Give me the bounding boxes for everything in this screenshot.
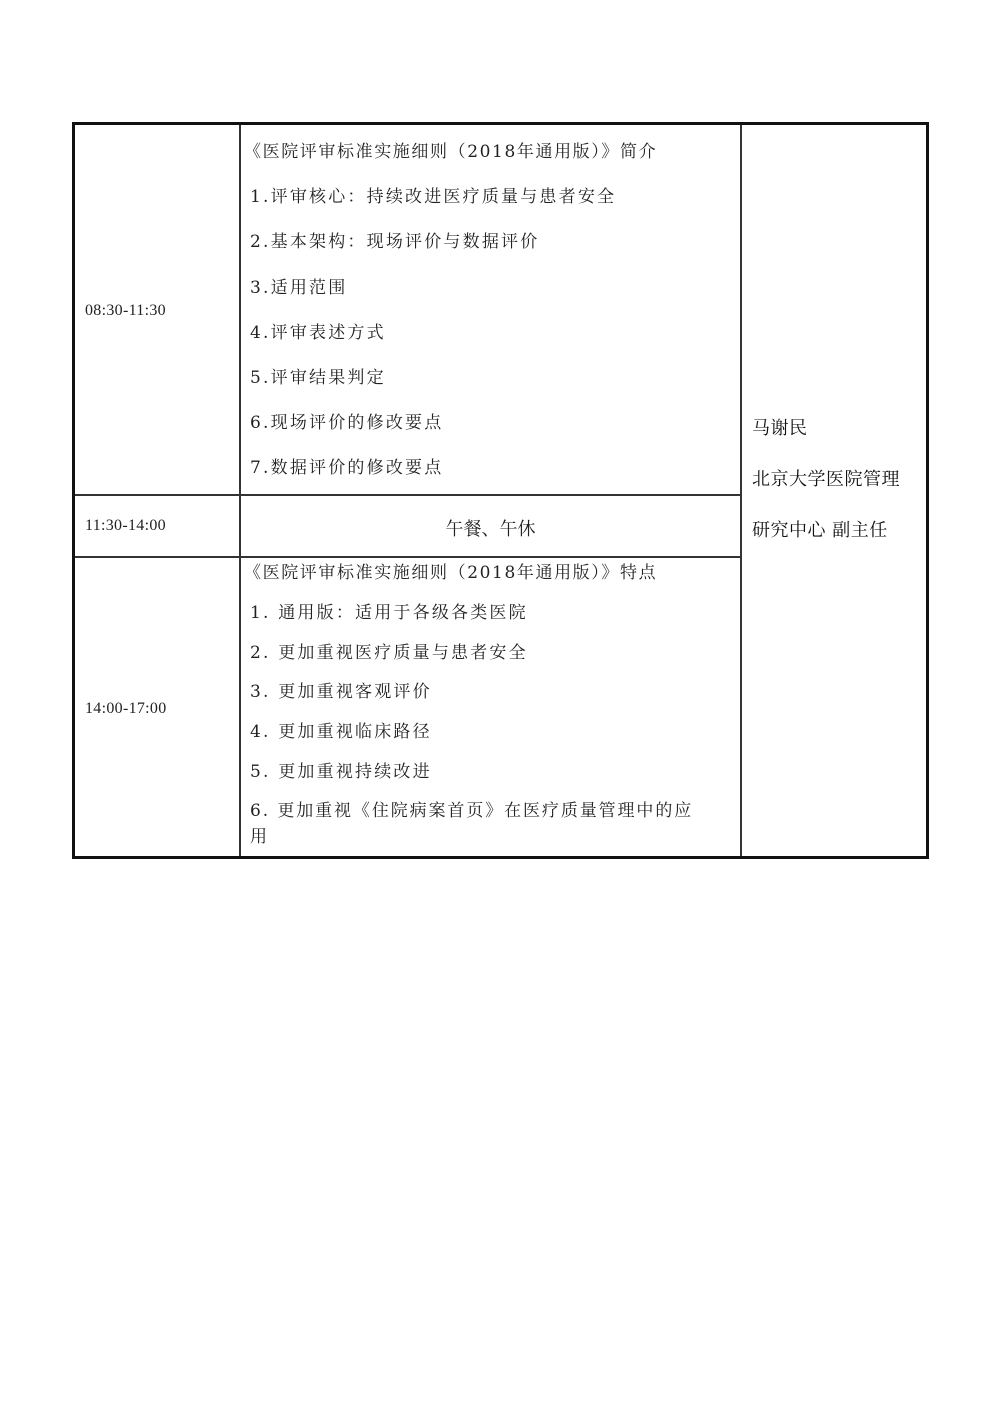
afternoon-item-wrap: 用 [250, 822, 269, 847]
morning-item: 7.数据评价的修改要点 [250, 453, 443, 478]
speaker-affiliation-line2: 研究中心 副主任 [752, 516, 888, 542]
afternoon-content-cell: 《医院评审标准实施细则（2018年通用版）》特点 1. 通用版：适用于各级各类医… [241, 558, 740, 856]
afternoon-title: 《医院评审标准实施细则（2018年通用版）》特点 [244, 558, 657, 583]
morning-time: 08:30-11:30 [85, 302, 166, 320]
morning-item: 3.适用范围 [250, 273, 347, 298]
morning-content-cell: 《医院评审标准实施细则（2018年通用版）》简介 1.评审核心：持续改进医疗质量… [241, 125, 740, 494]
afternoon-item: 3. 更加重视客观评价 [250, 677, 432, 702]
schedule-table: 08:30-11:30 《医院评审标准实施细则（2018年通用版）》简介 1.评… [72, 122, 929, 859]
speaker-name: 马谢民 [752, 414, 808, 440]
morning-item: 1.评审核心：持续改进医疗质量与患者安全 [250, 182, 616, 207]
afternoon-item: 5. 更加重视持续改进 [250, 757, 432, 782]
afternoon-item: 2. 更加重视医疗质量与患者安全 [250, 638, 528, 663]
afternoon-item: 4. 更加重视临床路径 [250, 717, 432, 742]
morning-item: 4.评审表述方式 [250, 318, 386, 343]
morning-time-cell: 08:30-11:30 [75, 125, 239, 494]
lunch-content-cell: 午餐、午休 [241, 496, 740, 556]
afternoon-item: 6. 更加重视《住院病案首页》在医疗质量管理中的应 [250, 796, 693, 821]
afternoon-time: 14:00-17:00 [85, 700, 167, 718]
afternoon-time-cell: 14:00-17:00 [75, 558, 239, 856]
speaker-affiliation-line1: 北京大学医院管理 [752, 465, 900, 491]
lunch-time: 11:30-14:00 [85, 517, 166, 535]
lunch-time-cell: 11:30-14:00 [75, 496, 239, 556]
afternoon-item: 1. 通用版：适用于各级各类医院 [250, 598, 528, 623]
morning-item: 2.基本架构：现场评价与数据评价 [250, 227, 539, 252]
morning-title: 《医院评审标准实施细则（2018年通用版）》简介 [244, 137, 657, 162]
morning-item: 6.现场评价的修改要点 [250, 408, 443, 433]
morning-item: 5.评审结果判定 [250, 363, 386, 388]
lunch-label: 午餐、午休 [241, 515, 740, 541]
speaker-cell: 马谢民 北京大学医院管理 研究中心 副主任 [742, 125, 926, 856]
